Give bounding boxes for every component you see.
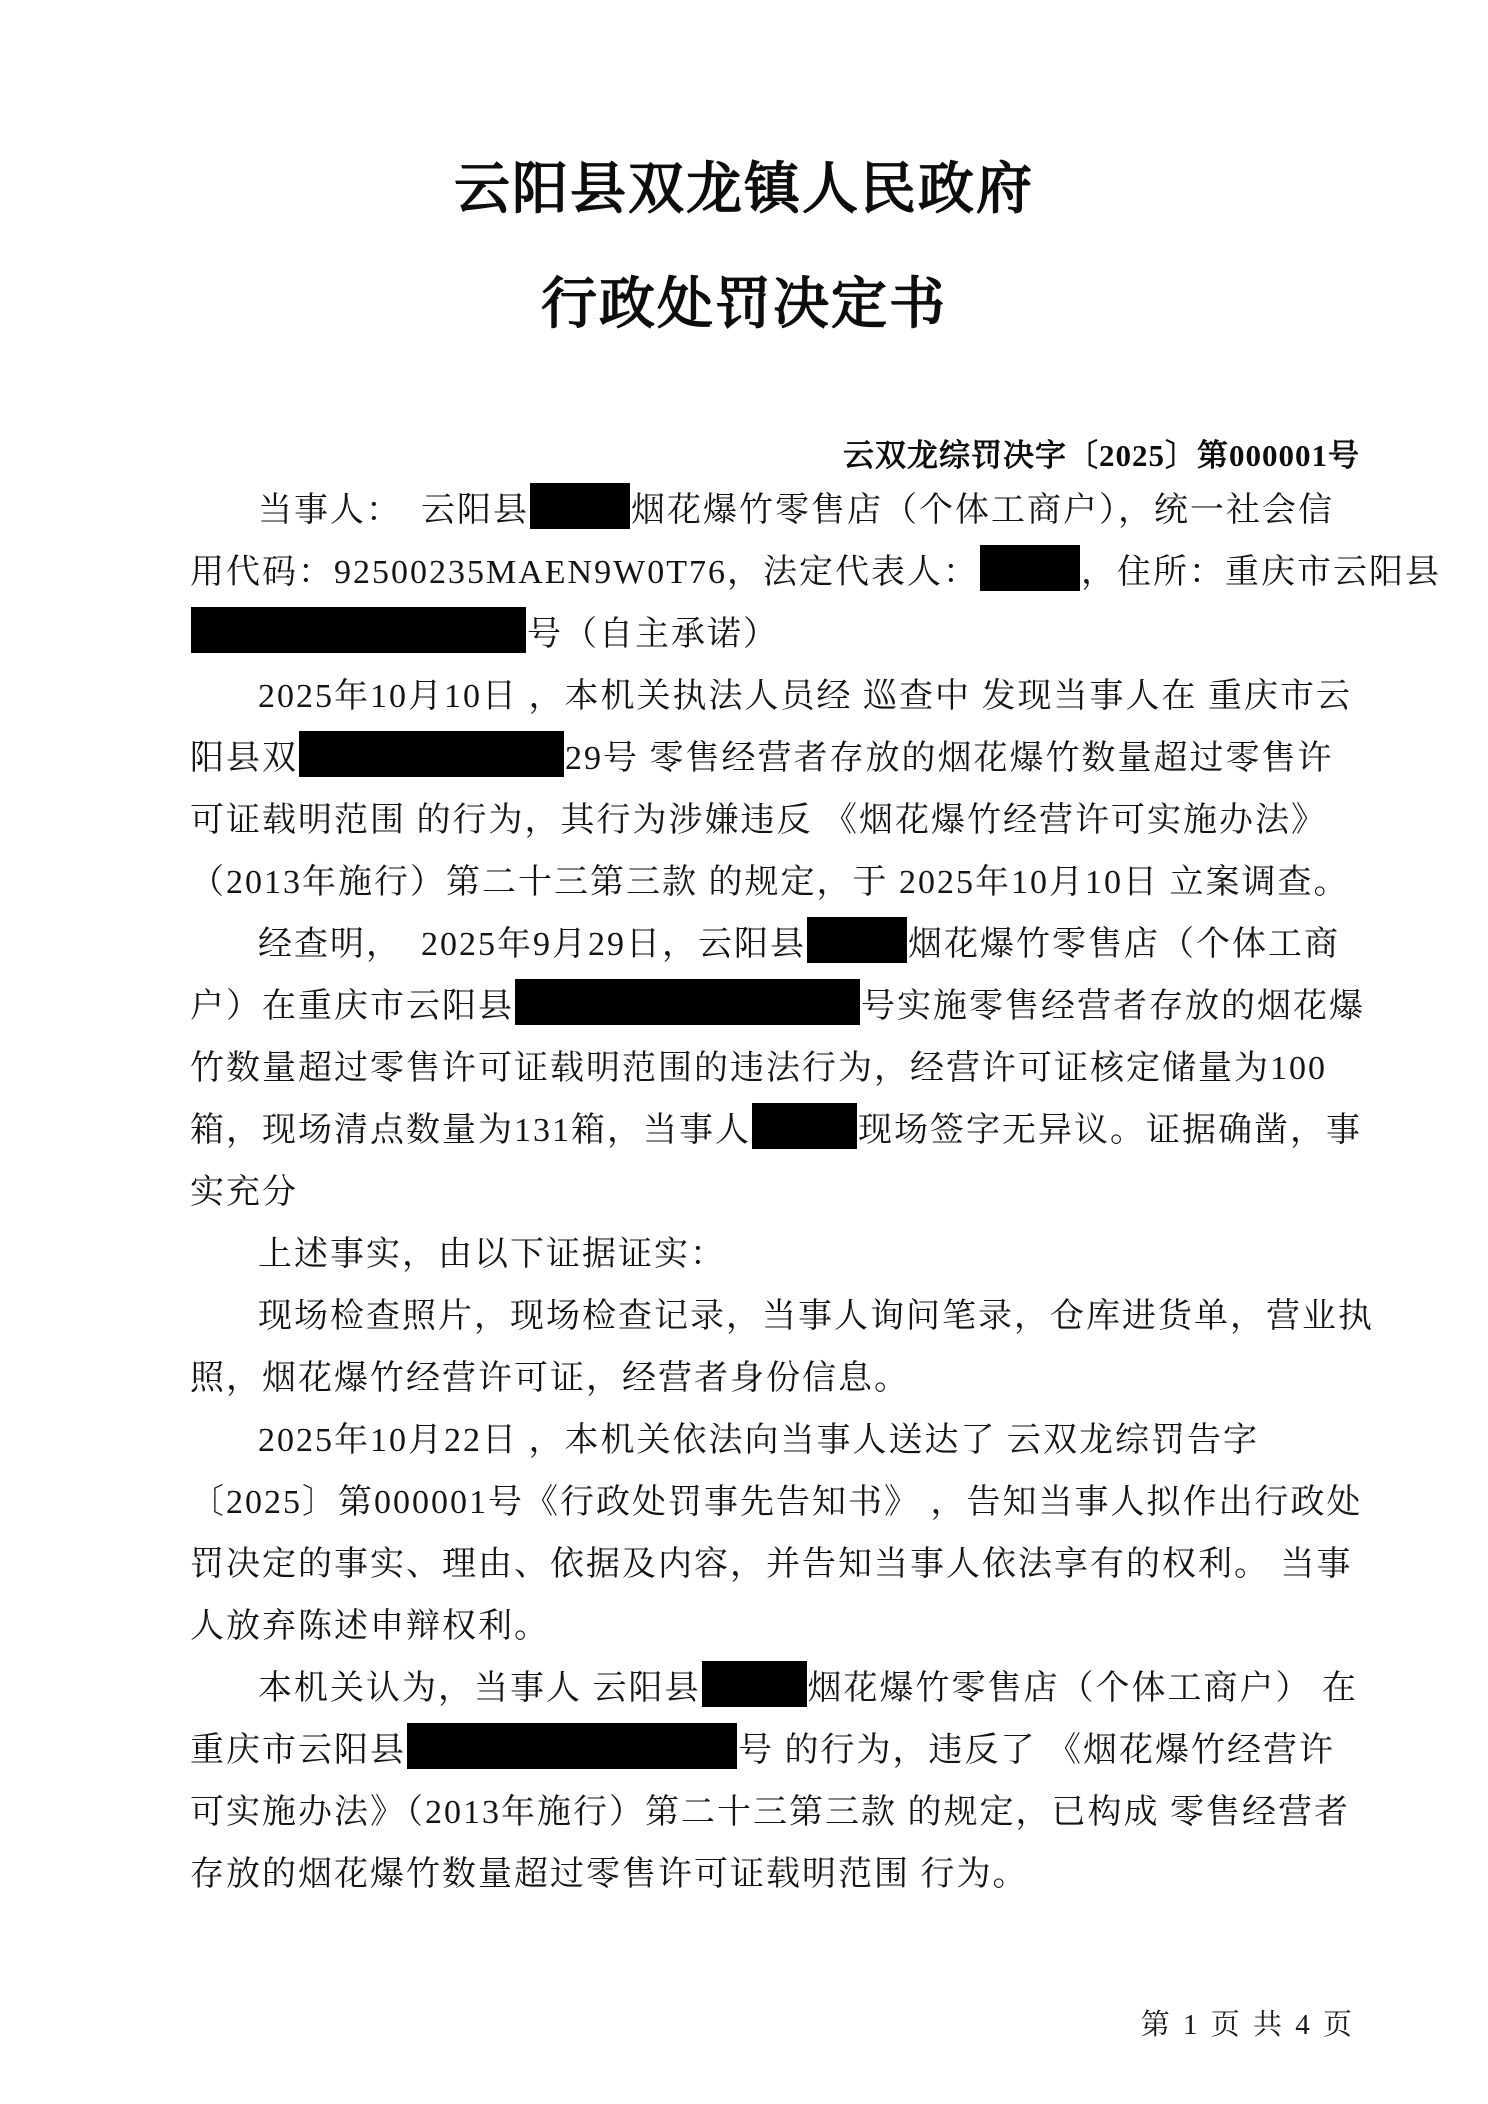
body-text-segment: 现场签字无异议。证据确凿，事 [858,1112,1362,1149]
body-text-segment: 实充分 [190,1174,298,1211]
document-line: 竹数量超过零售许可证载明范围的违法行为，经营许可证核定储量为100 [190,1038,1375,1100]
document-line: 2025年10月22日 ，本机关依法向当事人送达了 云双龙综罚告字 [190,1410,1375,1472]
document-line: 照，烟花爆竹经营许可证，经营者身份信息。 [190,1348,1375,1410]
body-text-segment: 2025年10月22日 ，本机关依法向当事人送达了 云双龙综罚告字 [258,1422,1259,1459]
document-line: 重庆市云阳县号 的行为，违反了 《烟花爆竹经营许 [190,1720,1375,1782]
body-text-segment: 罚决定的事实、理由、依据及内容，并告知当事人依法享有的权利。 当事 [190,1546,1353,1583]
document-line: 人放弃陈述申辩权利。 [190,1596,1375,1658]
redaction-box [530,483,630,529]
body-text-segment: 29号 零售经营者存放的烟花爆竹数量超过零售许 [565,740,1334,777]
document-title-line1: 云阳县双龙镇人民政府 [0,160,1488,220]
body-text-segment: 烟花爆竹零售店（个体工商户），统一社会信 [631,492,1334,529]
body-text-segment: 箱，现场清点数量为131箱，当事人 [190,1112,751,1149]
redaction-box [515,979,860,1025]
document-line: （2013年施行）第二十三第三款 的规定，于 2025年10月10日 立案调查。 [190,852,1375,914]
body-text-segment: 号实施零售经营者存放的烟花爆 [861,988,1365,1025]
document-line: 户）在重庆市云阳县号实施零售经营者存放的烟花爆 [190,976,1375,1038]
body-text-segment: ，住所：重庆市云阳县 [1081,554,1441,591]
body-text-segment: 现场检查照片，现场检查记录，当事人询问笔录，仓库进货单，营业执 [258,1298,1374,1335]
body-text-segment: 烟花爆竹零售店（个体工商户） 在 [808,1670,1359,1707]
body-text-segment: 人放弃陈述申辩权利。 [190,1608,550,1645]
body-text-segment: 重庆市云阳县 [190,1732,406,1769]
document-line: 存放的烟花爆竹数量超过零售许可证载明范围 行为。 [190,1844,1375,1906]
body-text-segment: 号（自主承诺） [527,616,779,653]
document-line: 〔2025〕第000001号《行政处罚事先告知书》 ，告知当事人拟作出行政处 [190,1472,1375,1534]
body-text-segment: 可证载明范围 的行为，其行为涉嫌违反 《烟花爆竹经营许可实施办法》 [190,802,1327,839]
document-line: 可证载明范围 的行为，其行为涉嫌违反 《烟花爆竹经营许可实施办法》 [190,790,1375,852]
body-text-segment: 户）在重庆市云阳县 [190,988,514,1025]
document-body: 当事人： 云阳县烟花爆竹零售店（个体工商户），统一社会信用代码：92500235… [190,480,1375,1906]
document-page: 云阳县双龙镇人民政府 行政处罚决定书 云双龙综罚决字〔2025〕第000001号… [0,0,1488,2104]
redaction-box [191,607,526,653]
body-text-segment: 烟花爆竹零售店（个体工商 [908,926,1340,963]
body-text-segment: 存放的烟花爆竹数量超过零售许可证载明范围 行为。 [190,1856,1029,1893]
body-text-segment: 照，烟花爆竹经营许可证，经营者身份信息。 [190,1360,910,1397]
document-line: 当事人： 云阳县烟花爆竹零售店（个体工商户），统一社会信 [190,480,1375,542]
redaction-box [299,731,564,777]
redaction-box [752,1103,857,1149]
body-text-segment: 经查明， 2025年9月29日，云阳县 [258,926,806,963]
body-text-segment: 〔2025〕第000001号《行政处罚事先告知书》 ，告知当事人拟作出行政处 [190,1484,1363,1521]
redaction-box [702,1661,807,1707]
body-text-segment: 号 的行为，违反了 《烟花爆竹经营许 [738,1732,1335,1769]
redaction-box [807,917,907,963]
body-text-segment: 上述事实，由以下证据证实： [258,1236,726,1273]
body-text-segment: 本机关认为，当事人 云阳县 [258,1670,701,1707]
body-text-segment: 当事人： 云阳县 [258,492,529,529]
document-line: 经查明， 2025年9月29日，云阳县烟花爆竹零售店（个体工商 [190,914,1375,976]
body-text-segment: 可实施办法》（2013年施行）第二十三第三款 的规定，已构成 零售经营者 [190,1794,1350,1831]
document-line: 2025年10月10日 ，本机关执法人员经 巡查中 发现当事人在 重庆市云 [190,666,1375,728]
redaction-box [407,1723,737,1769]
body-text-segment: 2025年10月10日 ，本机关执法人员经 巡查中 发现当事人在 重庆市云 [258,678,1352,715]
document-line: 罚决定的事实、理由、依据及内容，并告知当事人依法享有的权利。 当事 [190,1534,1375,1596]
document-line: 可实施办法》（2013年施行）第二十三第三款 的规定，已构成 零售经营者 [190,1782,1375,1844]
body-text-segment: 阳县双 [190,740,298,777]
document-line: 号（自主承诺） [190,604,1375,666]
document-line: 实充分 [190,1162,1375,1224]
document-line: 阳县双29号 零售经营者存放的烟花爆竹数量超过零售许 [190,728,1375,790]
document-number: 云双龙综罚决字〔2025〕第000001号 [843,430,1360,475]
redaction-box [980,545,1080,591]
document-line: 现场检查照片，现场检查记录，当事人询问笔录，仓库进货单，营业执 [190,1286,1375,1348]
page-number-footer: 第 1 页 共 4 页 [1141,2002,1355,2043]
document-line: 本机关认为，当事人 云阳县烟花爆竹零售店（个体工商户） 在 [190,1658,1375,1720]
document-title-line2: 行政处罚决定书 [0,275,1488,335]
document-line: 箱，现场清点数量为131箱，当事人现场签字无异议。证据确凿，事 [190,1100,1375,1162]
document-title: 云阳县双龙镇人民政府 行政处罚决定书 [0,160,1488,335]
document-line: 上述事实，由以下证据证实： [190,1224,1375,1286]
document-line: 用代码：92500235MAEN9W0T76，法定代表人：，住所：重庆市云阳县 [190,542,1375,604]
body-text-segment: 用代码：92500235MAEN9W0T76，法定代表人： [190,554,979,591]
body-text-segment: （2013年施行）第二十三第三款 的规定，于 2025年10月10日 立案调查。 [190,864,1350,901]
body-text-segment: 竹数量超过零售许可证载明范围的违法行为，经营许可证核定储量为100 [190,1050,1327,1087]
